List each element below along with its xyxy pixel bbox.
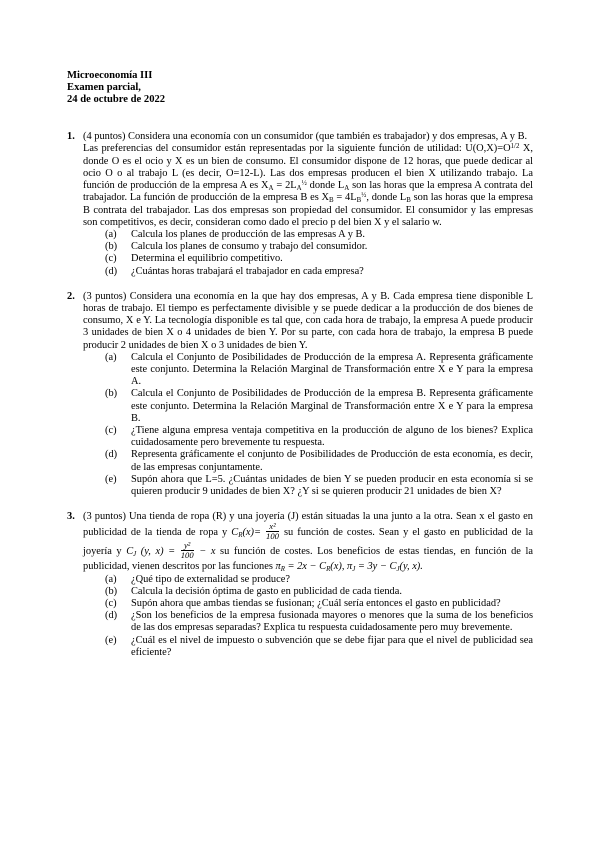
cost-function-R-formula: CR(x)= x²100	[231, 527, 280, 538]
profit-functions-formula: πR = 2x − CR(x), πJ = 3y − CJ(y, x).	[275, 561, 422, 572]
exponent: ½	[302, 180, 307, 187]
exponent: ½	[361, 192, 366, 199]
sub-question: (a) Calcula los planes de producción de …	[105, 229, 533, 241]
subscript: J	[352, 566, 355, 573]
sub-question-label: (b)	[105, 586, 131, 598]
sub-question-text: ¿Cuál es el nivel de impuesto o subvenci…	[131, 635, 533, 659]
sub-question: (e) ¿Cuál es el nivel de impuesto o subv…	[105, 635, 533, 659]
exam-date: 24 de octubre de 2022	[67, 94, 533, 106]
sub-question-label: (c)	[105, 425, 131, 449]
fraction: x²100	[266, 522, 279, 541]
question-1-statement: Las preferencias del consumidor están re…	[83, 143, 533, 228]
sub-question-text: Calcula la decisión óptima de gasto en p…	[131, 586, 533, 598]
question-2-number: 2.	[67, 291, 83, 498]
cost-function-J-formula: CJ (y, x) = y²100 − x	[126, 546, 215, 557]
sub-question-text: Supón ahora que L=5. ¿Cuántas unidades d…	[131, 474, 533, 498]
question-3-statement: (3 puntos) Una tienda de ropa (R) y una …	[83, 511, 533, 573]
question-3-number: 3.	[67, 511, 83, 659]
sub-question: (a) Calcula el Conjunto de Posibilidades…	[105, 352, 533, 389]
exam-page: Microeconomía III Examen parcial, 24 de …	[0, 0, 599, 848]
sub-question-label: (d)	[105, 266, 131, 278]
sub-question: (d) ¿Cuántas horas trabajará el trabajad…	[105, 266, 533, 278]
question-2-body: (3 puntos) Considera una economía en la …	[83, 291, 533, 498]
subscript: R	[238, 532, 242, 539]
exponent: 1/2	[511, 143, 520, 150]
sub-question-text: Calcula los planes de consumo y trabajo …	[131, 241, 533, 253]
subscript: R	[326, 566, 330, 573]
question-3-body: (3 puntos) Una tienda de ropa (R) y una …	[83, 511, 533, 659]
fraction: y²100	[181, 541, 194, 560]
subscript: R	[281, 566, 285, 573]
question-3: 3. (3 puntos) Una tienda de ropa (R) y u…	[67, 511, 533, 659]
subscript: J	[396, 566, 399, 573]
document-header: Microeconomía III Examen parcial, 24 de …	[67, 70, 533, 106]
subscript: A	[344, 185, 349, 192]
question-2: 2. (3 puntos) Considera una economía en …	[67, 291, 533, 498]
fraction-denominator: 100	[266, 532, 279, 541]
question-1: 1. (4 puntos) Considera una economía con…	[67, 131, 533, 277]
sub-question: (d) Representa gráficamente el conjunto …	[105, 449, 533, 473]
formula-segment: − x	[195, 546, 216, 557]
question-1-sublist: (a) Calcula los planes de producción de …	[105, 229, 533, 278]
sub-question-label: (a)	[105, 574, 131, 586]
sub-question-text: Calcula el Conjunto de Posibilidades de …	[131, 352, 533, 389]
sub-question: (a) ¿Qué tipo de externalidad se produce…	[105, 574, 533, 586]
formula-segment: = 3y − C	[355, 561, 396, 572]
sub-question-label: (e)	[105, 635, 131, 659]
sub-question: (e) Supón ahora que L=5. ¿Cuántas unidad…	[105, 474, 533, 498]
question-1-intro: (4 puntos) Considera una economía con un…	[83, 131, 533, 143]
text-segment: = 2L	[274, 180, 297, 191]
fraction-denominator: 100	[181, 551, 194, 560]
question-2-sublist: (a) Calcula el Conjunto de Posibilidades…	[105, 352, 533, 498]
sub-question-label: (d)	[105, 449, 131, 473]
sub-question: (c) Supón ahora que ambas tiendas se fus…	[105, 598, 533, 610]
question-3-sublist: (a) ¿Qué tipo de externalidad se produce…	[105, 574, 533, 659]
sub-question-label: (a)	[105, 352, 131, 389]
course-title: Microeconomía III	[67, 70, 533, 82]
sub-question-text: ¿Son los beneficios de la empresa fusion…	[131, 610, 533, 634]
sub-question: (b) Calcula los planes de consumo y trab…	[105, 241, 533, 253]
formula-segment: π	[275, 561, 280, 572]
sub-question-label: (b)	[105, 388, 131, 425]
text-segment: , donde L	[366, 192, 406, 203]
sub-question-text: Calcula el Conjunto de Posibilidades de …	[131, 388, 533, 425]
formula-segment: (x), π	[330, 561, 352, 572]
subscript: J	[133, 551, 136, 558]
question-1-intro-text: (4 puntos) Considera una economía con un…	[83, 131, 527, 142]
subscript: A	[269, 185, 274, 192]
formula-segment: (x)=	[242, 527, 265, 538]
sub-question-label: (c)	[105, 598, 131, 610]
question-2-statement-text: (3 puntos) Considera una economía en la …	[83, 291, 533, 351]
sub-question-label: (a)	[105, 229, 131, 241]
sub-question-text: Determina el equilibrio competitivo.	[131, 253, 533, 265]
exam-title: Examen parcial,	[67, 82, 533, 94]
sub-question-text: Calcula los planes de producción de las …	[131, 229, 533, 241]
sub-question-text: Representa gráficamente el conjunto de P…	[131, 449, 533, 473]
subscript: B	[329, 197, 334, 204]
sub-question-label: (d)	[105, 610, 131, 634]
sub-question-text: ¿Cuántas horas trabajará el trabajador e…	[131, 266, 533, 278]
text-segment: Las preferencias del consumidor están re…	[83, 143, 511, 154]
sub-question-label: (e)	[105, 474, 131, 498]
subscript: A	[297, 185, 302, 192]
sub-question: (d) ¿Son los beneficios de la empresa fu…	[105, 610, 533, 634]
document-content: Microeconomía III Examen parcial, 24 de …	[67, 70, 533, 659]
subscript: B	[406, 197, 411, 204]
sub-question-label: (c)	[105, 253, 131, 265]
sub-question-label: (b)	[105, 241, 131, 253]
question-2-statement: (3 puntos) Considera una economía en la …	[83, 291, 533, 352]
sub-question-text: Supón ahora que ambas tiendas se fusiona…	[131, 598, 533, 610]
sub-question-text: ¿Qué tipo de externalidad se produce?	[131, 574, 533, 586]
question-1-number: 1.	[67, 131, 83, 277]
question-1-body: (4 puntos) Considera una economía con un…	[83, 131, 533, 277]
sub-question-text: ¿Tiene alguna empresa ventaja competitiv…	[131, 425, 533, 449]
formula-segment: = 2x − C	[285, 561, 326, 572]
formula-segment: (y, x).	[400, 561, 423, 572]
text-segment: = 4L	[334, 192, 357, 203]
formula-segment: (y, x) =	[136, 546, 180, 557]
sub-question: (b) Calcula la decisión óptima de gasto …	[105, 586, 533, 598]
text-segment: donde L	[307, 180, 344, 191]
sub-question: (c) ¿Tiene alguna empresa ventaja compet…	[105, 425, 533, 449]
sub-question: (c) Determina el equilibrio competitivo.	[105, 253, 533, 265]
sub-question: (b) Calcula el Conjunto de Posibilidades…	[105, 388, 533, 425]
